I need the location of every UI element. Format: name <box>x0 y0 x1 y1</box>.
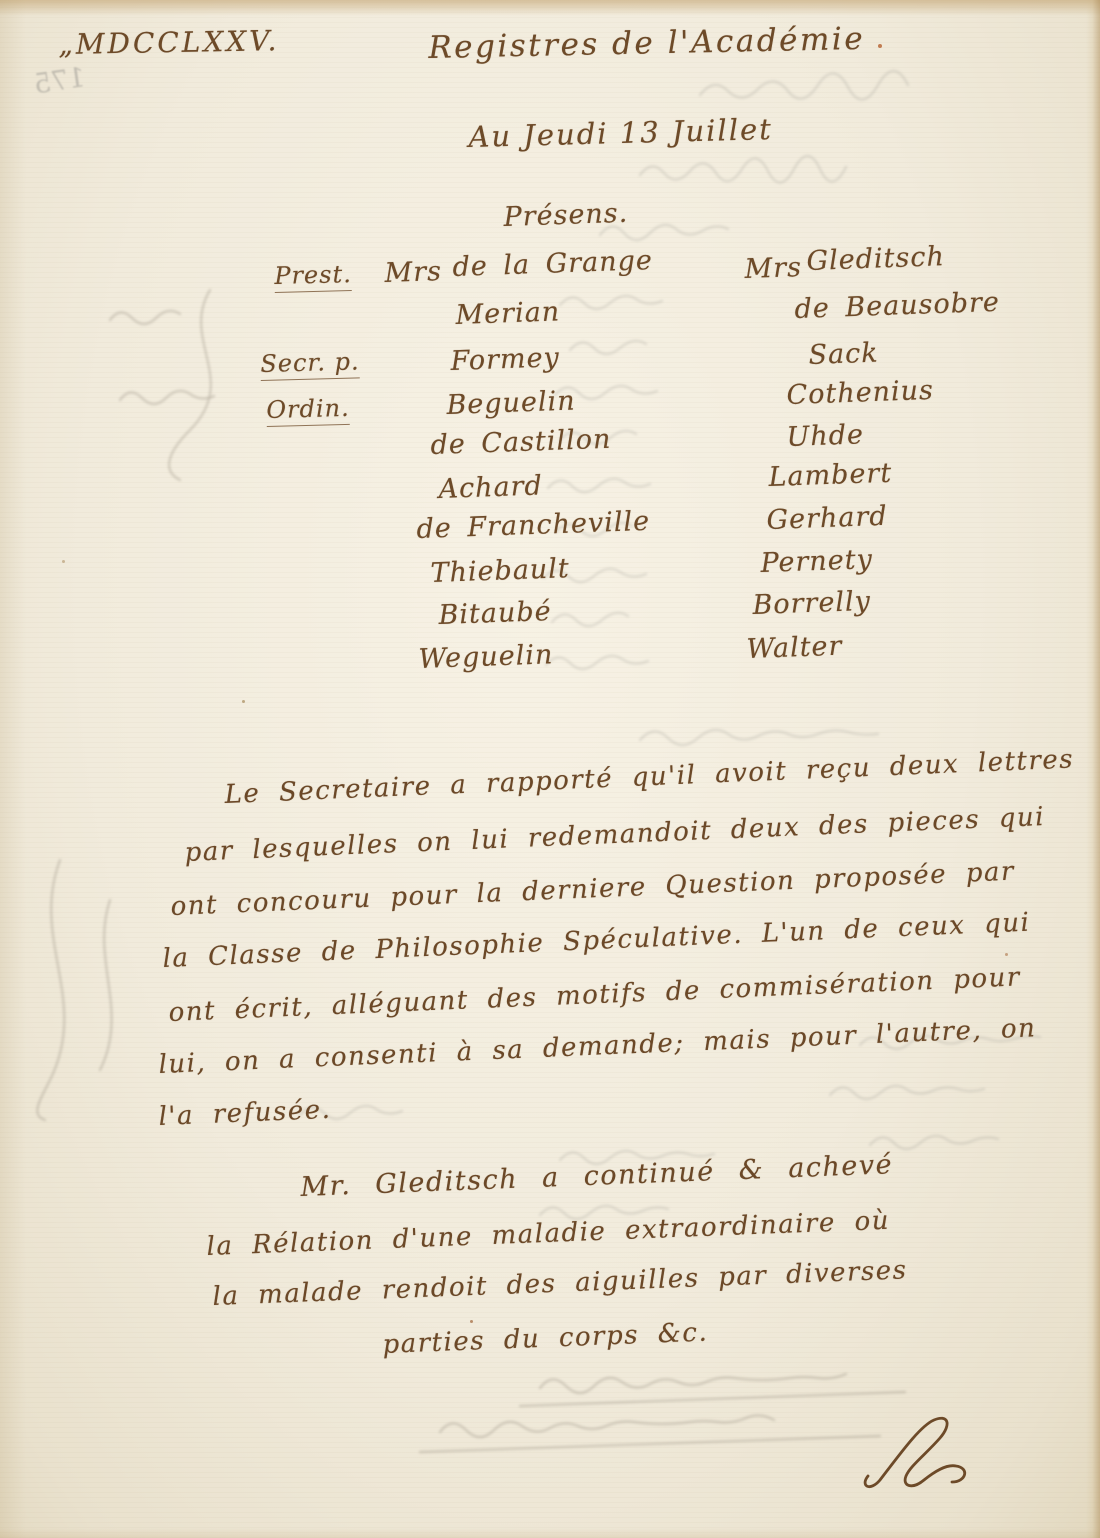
attendee-name: Formey <box>450 342 560 377</box>
page-top-edge-shadow <box>0 0 1100 16</box>
presents-heading: Présens. <box>503 198 629 233</box>
attendee-name: de Beausobre <box>794 287 1000 325</box>
attendee-name: de Castillon <box>430 424 612 461</box>
attendee-name: Sack <box>808 338 879 371</box>
minutes-line: lui, on a consenti à sa demande; mais po… <box>158 1013 1037 1080</box>
page-title: Registres de l'Académie <box>428 21 865 66</box>
paper-speck <box>878 44 882 48</box>
minutes-line: la Classe de Philosophie Spéculative. L'… <box>162 908 1031 974</box>
session-date: Au Jeudi 13 Juillet <box>468 112 773 154</box>
bleedthrough-page-number: 175 <box>32 63 87 101</box>
attendee-name: Walter <box>746 631 843 665</box>
attendee-name: Weguelin <box>418 639 554 675</box>
attendee-name: Pernety <box>760 544 873 579</box>
paper-speck <box>470 1320 473 1323</box>
attendee-name: Thiebault <box>430 553 570 589</box>
signature-flourish <box>858 1408 988 1508</box>
manuscript-page: „MDCCLXXV. 175 Registres de l'Académie A… <box>0 0 1100 1538</box>
margin-label-president: Prest. <box>274 260 352 293</box>
attendee-name: Gleditsch <box>806 241 945 277</box>
paper-speck <box>1005 953 1008 956</box>
minutes-line: Le Secretaire a rapporté qu'il avoit reç… <box>224 744 1075 810</box>
attendee-name: de Francheville <box>416 506 651 545</box>
attendee-name: Beguelin <box>446 385 576 420</box>
attendee-name: Gerhard <box>766 501 888 536</box>
minutes-line: la malade rendoit des aiguilles par dive… <box>212 1255 908 1312</box>
page-left-edge-shadow <box>0 0 26 1538</box>
paper-speck <box>62 560 65 563</box>
attendee-name: Lambert <box>768 458 893 493</box>
attendee-name: Uhde <box>786 419 864 453</box>
minutes-line: parties du corps &c. <box>382 1317 709 1359</box>
attendee-name: Borrelly <box>752 586 871 621</box>
page-bottom-edge-shadow <box>0 1528 1100 1538</box>
attendees-left-prefix: Mrs <box>384 256 442 289</box>
attendee-name: Achard <box>438 470 543 505</box>
attendee-name: de la Grange <box>452 245 653 283</box>
margin-label-secretary: Secr. p. <box>260 347 360 381</box>
attendee-name: Merian <box>455 296 561 331</box>
attendee-name: Bitaubé <box>438 596 552 631</box>
minutes-line: la Rélation d'une maladie extraordinaire… <box>206 1206 890 1262</box>
minutes-line: Mr. Gleditsch a continué & achevé <box>300 1149 894 1203</box>
attendee-name: Cothenius <box>786 375 934 411</box>
year-numeral: „MDCCLXXV. <box>58 24 280 61</box>
paper-speck <box>242 700 245 703</box>
minutes-line: ont concouru pour la derniere Question p… <box>170 857 1015 922</box>
attendees-right-prefix: Mrs <box>744 252 802 285</box>
minutes-line: ont écrit, alléguant des motifs de commi… <box>168 962 1021 1028</box>
margin-label-ordinary: Ordin. <box>266 394 350 427</box>
minutes-line: l'a refusée. <box>158 1095 332 1132</box>
minutes-line: par lesquelles on lui redemandoit deux d… <box>184 802 1046 868</box>
page-right-edge-shadow <box>1086 0 1100 1538</box>
